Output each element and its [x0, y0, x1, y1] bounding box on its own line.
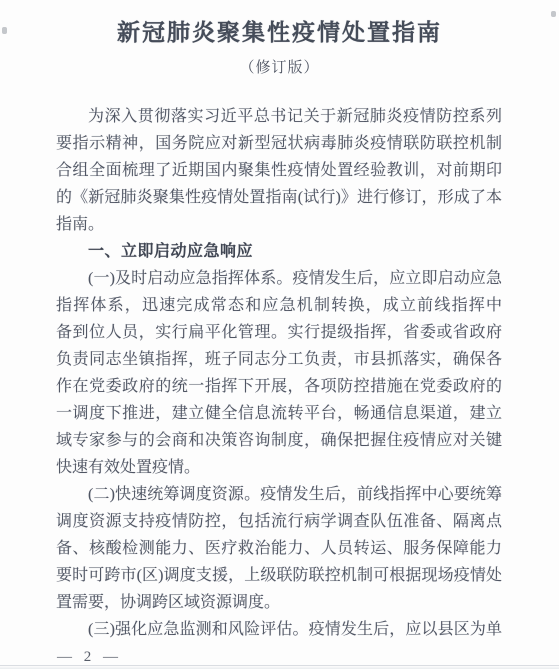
item1-line: 快速有效处置疫情。: [56, 454, 502, 481]
item1-line: 域专家参与的会商和决策咨询制度，确保把握住疫情应对关键期，: [56, 427, 502, 454]
page-subtitle: （修订版）: [0, 56, 559, 77]
section-heading: 一、立即启动应急响应: [56, 238, 502, 265]
item2-line: 置需要，协调跨区域资源调度。: [56, 589, 502, 616]
item1-line: (一)及时启动应急指挥体系。疫情发生后，应立即启动应急: [56, 265, 502, 292]
document-body: 为深入贯彻落实习近平总书记关于新冠肺炎疫情防控系列重 要指示精神，国务院应对新型…: [56, 103, 502, 643]
item1-line: 指挥体系，迅速完成常态和应急机制转换，成立前线指挥中心，配: [56, 292, 502, 319]
intro-line: 指南。: [56, 211, 502, 238]
item2-line: (二)快速统筹调度资源。疫情发生后，前线指挥中心要统筹: [56, 481, 502, 508]
intro-line: 要指示精神，国务院应对新型冠状病毒肺炎疫情联防联控机制综: [56, 130, 502, 157]
item1-line: 备到位人员，实行扁平化管理。实行提级指挥，省委或省政府主要: [56, 319, 502, 346]
scan-artifact: [551, 11, 556, 17]
item2-line: 备、核酸检测能力、医疗救治能力、人员转运、服务保障能力等，必: [56, 535, 502, 562]
page-title: 新冠肺炎聚集性疫情处置指南: [0, 14, 559, 47]
intro-line: 为深入贯彻落实习近平总书记关于新冠肺炎疫情防控系列重: [56, 103, 502, 130]
item2-line: 要时可跨市(区)调度支援，上级联防联控机制可根据现场疫情处: [56, 562, 502, 589]
page-bottom-edge: [0, 665, 559, 669]
item1-line: 作在党委政府的统一指挥下开展，各项防控措施在党委政府的统: [56, 373, 502, 400]
item3-line: (三)强化应急监测和风险评估。疫情发生后，应以县区为单: [56, 616, 502, 643]
item2-line: 调度资源支持疫情防控，包括流行病学调查队伍准备、隔离点准: [56, 508, 502, 535]
scan-artifact: [2, 27, 7, 34]
item1-line: 一调度下推进，建立健全信息流转平台，畅通信息渠道，建立多领: [56, 400, 502, 427]
page-number: — 2 —: [57, 649, 559, 666]
item1-line: 负责同志坐镇指挥，班子同志分工负责，市县抓落实，确保各项工: [56, 346, 502, 373]
document-page: 新冠肺炎聚集性疫情处置指南 （修订版） 为深入贯彻落实习近平总书记关于新冠肺炎疫…: [0, 0, 559, 669]
intro-line: 的《新冠肺炎聚集性疫情处置指南(试行)》进行修订，形成了本: [56, 184, 502, 211]
intro-line: 合组全面梳理了近期国内聚集性疫情处置经验教训，对前期印发: [56, 157, 502, 184]
